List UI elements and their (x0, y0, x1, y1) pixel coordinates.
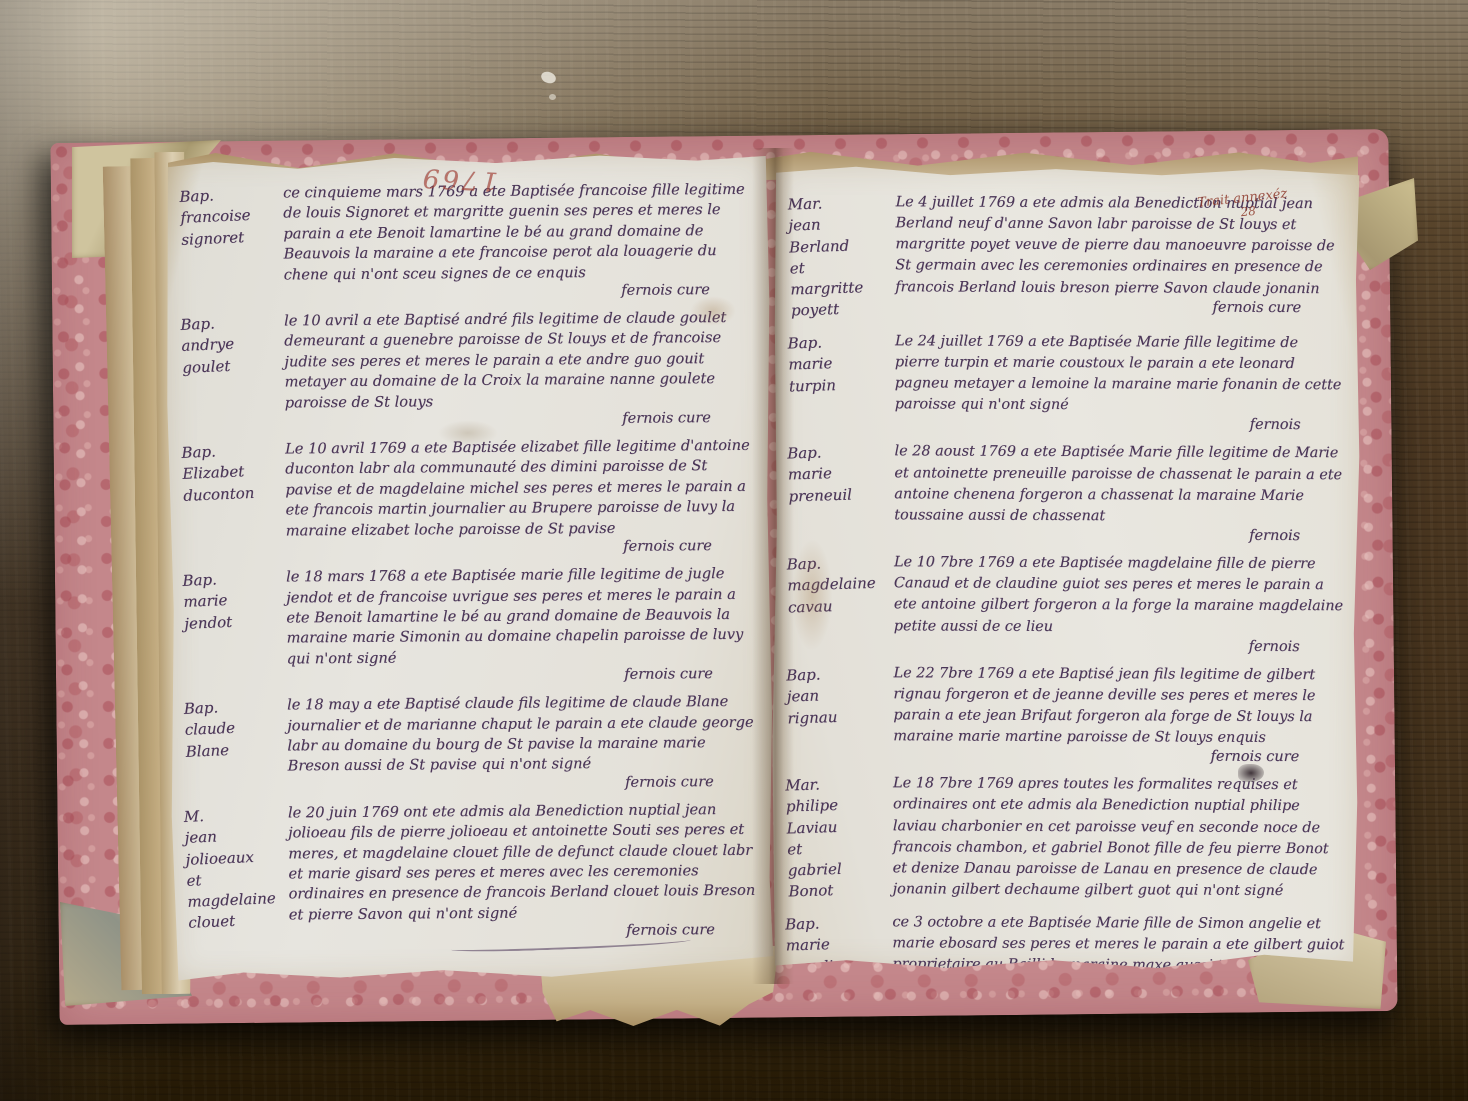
margin-note: Bap. marie turpin (787, 328, 886, 433)
margin-note: Mar. jean Berland et margritte poyett (787, 190, 887, 323)
margin-note: Bap. marie jendot (182, 565, 279, 688)
table-speck (549, 94, 556, 100)
entry-body: le 20 juin 1769 ont ete admis ala Benedi… (288, 798, 761, 953)
margin-note: Bap. claude Blane (183, 693, 279, 795)
entry-text: ce cinquieme mars 1769 a ete Baptisée fr… (283, 181, 745, 283)
entry-text: Le 10 avril 1769 a ete Baptisée elizabet… (285, 437, 750, 539)
register-entry: Bap. jean rignau Le 22 7bre 1769 a ete B… (787, 661, 1345, 765)
entry-body: ce cinquieme mars 1769 a ete Baptisée fr… (283, 179, 756, 302)
priest-signature: fernois cure (286, 538, 758, 558)
margin-note: M. jean jolioeaux et magdelaine clouet (183, 801, 281, 956)
priest-signature: fernois (894, 526, 1346, 544)
priest-signature: fernois cure (288, 773, 760, 793)
entry-text: le 10 avril a ete Baptisé andré fils leg… (284, 309, 726, 411)
register-entry: Bap. andrye goulet le 10 avril a ete Bap… (182, 307, 757, 431)
margin-note: Bap. andrye goulet (180, 309, 277, 432)
margin-note: Bap. francoise signoret (179, 181, 276, 304)
priest-signature: fernois (894, 637, 1346, 655)
red-year-stamp: 1769 (419, 162, 499, 196)
entry-text: le 18 may a ete Baptisé claude fils legi… (287, 693, 754, 775)
entry-text: Le 10 7bre 1769 a ete Baptisée magdelain… (894, 554, 1343, 634)
entry-body: le 18 mars 1768 a ete Baptisée marie fil… (286, 563, 759, 686)
entry-text: Le 22 7bre 1769 a ete Baptisé jean fils … (893, 665, 1315, 746)
entry-text: le 28 aoust 1769 a ete Baptisée Marie fi… (894, 444, 1342, 524)
margin-note: Mar. philipe Laviau et gabriel Bonot (785, 771, 885, 904)
left-page-content: Bap. francoise signoret ce cinquieme mar… (165, 153, 775, 982)
priest-signature: fernois cure (287, 666, 759, 686)
right-page-content: Mar. jean Berland et margritte poyett Le… (770, 165, 1362, 972)
entry-body: Le 10 7bre 1769 a ete Baptisée magdelain… (894, 551, 1346, 655)
register-entry: Bap. claude Blane le 18 may a ete Baptis… (185, 691, 760, 794)
register-entry: Bap. Elizabet duconton Le 10 avril 1769 … (183, 435, 758, 559)
entry-body: Le 24 juillet 1769 a ete Baptisée Marie … (895, 330, 1347, 434)
entry-text: Le 18 7bre 1769 apres toutes les formali… (893, 776, 1329, 899)
entry-body: le 18 may a ete Baptisé claude fils legi… (287, 691, 760, 793)
priest-signature: fernois cure (895, 298, 1347, 316)
left-page: Bap. francoise signoret ce cinquieme mar… (165, 153, 775, 982)
right-page: Mar. jean Berland et margritte poyett Le… (770, 165, 1362, 972)
register-entry: Mar. philipe Laviau et gabriel Bonot Le … (787, 772, 1346, 904)
entry-body: Le 18 7bre 1769 apres toutes les formali… (893, 773, 1346, 905)
entry-body: Le 10 avril 1769 a ete Baptisée elizabet… (285, 435, 758, 558)
register-entry: Bap. marie preneuil le 28 aoust 1769 a e… (788, 440, 1346, 544)
photo-of-parish-register: Bap. francoise signoret ce cinquieme mar… (0, 0, 1468, 1101)
priest-signature: fernois cure (284, 282, 756, 302)
register-entry: M. jean jolioeaux et magdelaine clouet l… (186, 798, 761, 954)
margin-note: Bap. jean rignau (786, 660, 885, 765)
register-entry: Bap. marie jendot le 18 mars 1768 a ete … (184, 563, 759, 687)
entry-text: le 18 mars 1768 a ete Baptisée marie fil… (286, 565, 743, 667)
table-speck (540, 70, 558, 85)
priest-signature: fernois (895, 416, 1347, 434)
register-entry: Bap. francoise signoret ce cinquieme mar… (181, 179, 756, 303)
margin-note: Bap. marie preneuil (787, 439, 886, 544)
margin-note: Bap. Elizabet duconton (181, 437, 278, 560)
entry-body: le 28 aoust 1769 a ete Baptisée Marie fi… (894, 441, 1346, 545)
entry-body: Le 22 7bre 1769 a ete Baptisé jean fils … (893, 662, 1345, 766)
priest-signature: fernois cure (285, 410, 757, 430)
entry-text: le 20 juin 1769 ont ete admis ala Benedi… (288, 801, 755, 923)
entry-text: Le 24 juillet 1769 a ete Baptisée Marie … (895, 333, 1342, 413)
margin-note: Bap. magdelaine cavau (786, 550, 885, 655)
entry-body: le 10 avril a ete Baptisé andré fils leg… (284, 307, 757, 430)
register-entry: Bap. magdelaine cavau Le 10 7bre 1769 a … (788, 551, 1346, 655)
priest-signature: fernois cure (893, 748, 1345, 766)
register-entry: Bap. marie turpin Le 24 juillet 1769 a e… (789, 330, 1347, 434)
